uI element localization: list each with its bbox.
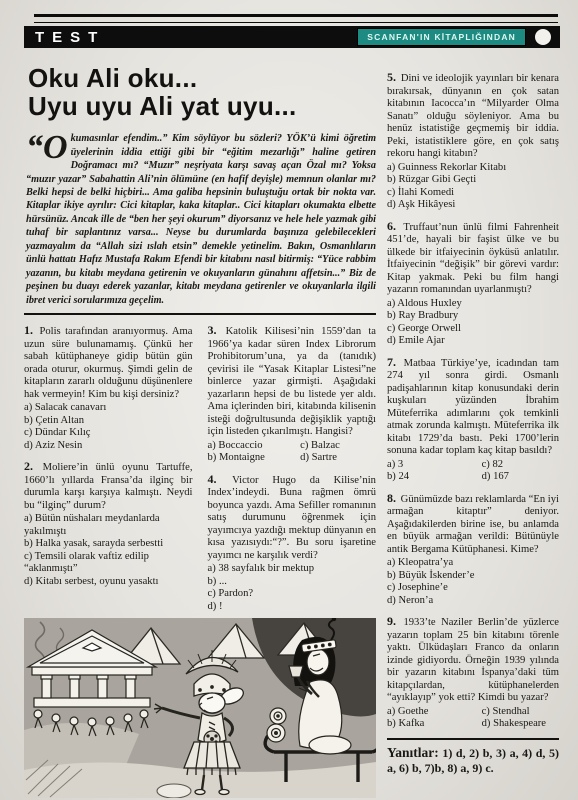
- option: d) 167: [482, 471, 559, 484]
- option: b) Halka yasak, sarayda serbestti: [24, 538, 193, 551]
- corner-label: SCANFAN'IN KİTAPLIĞINDAN: [357, 28, 526, 46]
- question-number: 8.: [387, 491, 398, 505]
- option: c) Stendhal: [482, 706, 559, 719]
- options-list: a) Kleopatra’ya b) Büyük İskender’e c) J…: [387, 557, 559, 607]
- option: a) Salacak canavarı: [24, 402, 193, 415]
- questions-left-block: 1. Polis tarafından aranıyormuş. Ama uzu…: [24, 323, 376, 613]
- question-1: 1. Polis tarafından aranıyormuş. Ama uzu…: [24, 323, 193, 452]
- question-4: 4. Victor Hugo da Kilise’nin Index’indey…: [208, 472, 377, 614]
- options-list: a) 3 c) 82 b) 24 d) 167: [387, 459, 559, 484]
- question-text: Victor Hugo da Kilise’nin Index’indeydi.…: [208, 475, 377, 561]
- option: b) Ray Bradbury: [387, 310, 559, 323]
- question-text: Günümüzde bazı reklamlarda “En iyi armağ…: [387, 494, 559, 555]
- options-list: a) Bütün nüshaları meydanlarda yakılmışt…: [24, 513, 193, 588]
- option: c) Josephine’e: [387, 582, 559, 595]
- title-line1: Oku Ali oku...: [28, 63, 197, 93]
- option: d) Emile Ajar: [387, 335, 559, 348]
- question-6: 6. Truffaut’nun ünlü filmi Fahrenheit 45…: [387, 219, 559, 348]
- question-8: 8. Günümüzde bazı reklamlarda “En iyi ar…: [387, 491, 559, 608]
- option: a) 38 sayfalık bir mektup: [208, 563, 377, 576]
- question-9: 9. 1933’te Naziler Berlin’de yüzlerce ya…: [387, 614, 559, 731]
- option: a) Boccaccio: [208, 440, 301, 453]
- option: c) George Orwell: [387, 323, 559, 336]
- option: c) Balzac: [300, 440, 376, 453]
- question-text: 1933’te Naziler Berlin’de yüzlerce yazar…: [387, 617, 559, 703]
- option: a) Guinness Rekorlar Kitabı: [387, 162, 559, 175]
- intro-text: kumasınlar efendim..” Kim söylüyor bu sö…: [26, 133, 376, 305]
- question-number: 6.: [387, 219, 398, 233]
- option: c) Dündar Kılıç: [24, 427, 193, 440]
- option: c) İlahi Komedi: [387, 187, 559, 200]
- question-3: 3. Katolik Kilisesi’nin 1559’dan ta 1966…: [208, 323, 377, 465]
- option: a) Goethe: [387, 706, 482, 719]
- question-number: 1.: [24, 323, 35, 337]
- page-content: Oku Ali oku... Uyu uyu Ali yat uyu... “O…: [24, 58, 560, 798]
- question-5: 5. Dini ve ideolojik yayınları bir kenar…: [387, 70, 559, 212]
- question-number: 2.: [24, 459, 35, 473]
- question-number: 4.: [208, 472, 219, 486]
- question-text: Moliere’in ünlü oyunu Tartuffe, 1660’lı …: [24, 462, 193, 511]
- right-column: 5. Dini ve ideolojik yayınları bir kenar…: [387, 58, 559, 798]
- top-double-rule: [34, 14, 558, 23]
- options-list: a) 38 sayfalık bir mektup b) ... c) Pard…: [208, 563, 377, 613]
- option: d) Shakespeare: [482, 718, 559, 731]
- option: d) Sartre: [300, 452, 376, 465]
- option: b) Rüzgar Gibi Geçti: [387, 174, 559, 187]
- option: a) 3: [387, 459, 482, 472]
- intro-paragraph: “Okumasınlar efendim..” Kim söylüyor bu …: [26, 132, 376, 307]
- options-list: a) Guinness Rekorlar Kitabı b) Rüzgar Gi…: [387, 162, 559, 212]
- option: b) Büyük İskender’e: [387, 570, 559, 583]
- option: d) Kitabı serbest, oyunu yasaktı: [24, 576, 193, 589]
- magazine-page: TEST SCANFAN'IN KİTAPLIĞINDAN Oku Ali ok…: [0, 0, 578, 798]
- option: a) Kleopatra’ya: [387, 557, 559, 570]
- question-text: Polis tarafından aranıyormuş. Ama uzun s…: [24, 326, 193, 400]
- answers-label: Yanıtlar:: [387, 745, 439, 760]
- options-list: a) Boccaccio c) Balzac b) Montaigne d) S…: [208, 440, 377, 465]
- question-text: Matbaa Türkiye’ye, icadından tam 274 yıl…: [387, 358, 559, 457]
- intro-divider: [24, 313, 376, 315]
- question-7: 7. Matbaa Türkiye’ye, icadından tam 274 …: [387, 355, 559, 484]
- option: c) Pardon?: [208, 588, 377, 601]
- options-list: a) Salacak canavarı b) Çetin Altan c) Dü…: [24, 402, 193, 452]
- option: c) Temsili olarak vaftiz edilip “aklanmı…: [24, 551, 193, 576]
- header-bar: TEST SCANFAN'IN KİTAPLIĞINDAN: [24, 26, 560, 48]
- option: c) 82: [482, 459, 559, 472]
- option: b) Çetin Altan: [24, 415, 193, 428]
- options-list: a) Aldous Huxley b) Ray Bradbury c) Geor…: [387, 298, 559, 348]
- option: d) Aziz Nesin: [24, 440, 193, 453]
- section-label: TEST: [35, 30, 105, 45]
- page-title: Oku Ali oku... Uyu uyu Ali yat uyu...: [28, 64, 376, 120]
- option: b) Kafka: [387, 718, 482, 731]
- question-number: 3.: [208, 323, 219, 337]
- option: a) Aldous Huxley: [387, 298, 559, 311]
- options-list: a) Goethe c) Stendhal b) Kafka d) Shakes…: [387, 706, 559, 731]
- option: b) 24: [387, 471, 482, 484]
- left-column: Oku Ali oku... Uyu uyu Ali yat uyu... “O…: [24, 58, 376, 798]
- question-text: Truffaut’nun ünlü filmi Fahrenheit 451’d…: [387, 222, 559, 296]
- question-text: Dini ve ideolojik yayınları bir kenara b…: [387, 73, 559, 159]
- cartoon-illustration: [24, 618, 376, 798]
- option: a) Bütün nüshaları meydanlarda yakılmışt…: [24, 513, 193, 538]
- option: d) Neron’a: [387, 595, 559, 608]
- question-number: 7.: [387, 355, 398, 369]
- question-text: Katolik Kilisesi’nin 1559’dan ta 1966’ya…: [208, 326, 377, 437]
- question-number: 5.: [387, 70, 398, 84]
- title-line2: Uyu uyu Ali yat uyu...: [28, 91, 297, 121]
- answers-box: Yanıtlar: 1) d, 2) b, 3) a, 4) d, 5) a, …: [387, 738, 559, 777]
- option: b) Montaigne: [208, 452, 301, 465]
- drop-cap: “O: [26, 132, 71, 162]
- option: d) Aşk Hikâyesi: [387, 199, 559, 212]
- question-2: 2. Moliere’in ünlü oyunu Tartuffe, 1660’…: [24, 459, 193, 588]
- page-dot-icon: [535, 29, 551, 45]
- option: d) !: [208, 601, 377, 614]
- option: b) ...: [208, 576, 377, 589]
- question-number: 9.: [387, 614, 398, 628]
